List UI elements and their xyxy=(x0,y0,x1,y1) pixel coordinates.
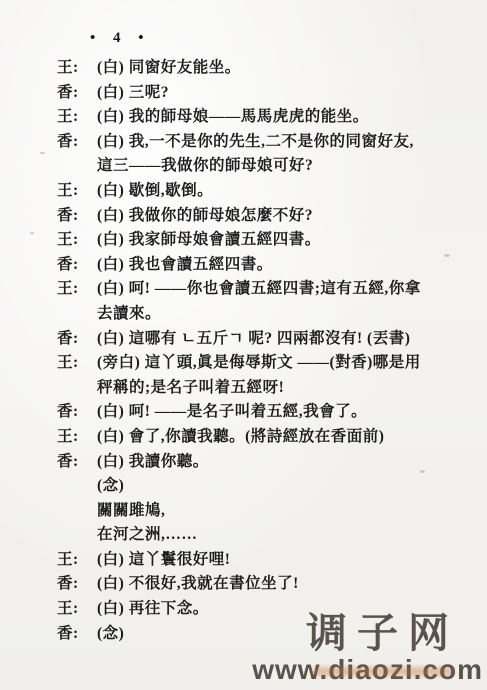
script-line: 這三——我做你的師母娘可好? xyxy=(57,154,475,179)
line-text: 關關雎鳩, xyxy=(97,499,475,524)
script-line: 王:(白) 會了,你讀我聽。(將詩經放在香面前) xyxy=(57,425,475,450)
line-text: (旁白) 這丫頭,眞是侮辱斯文 ——(對香)哪是用 xyxy=(97,351,475,376)
line-text: (白) 這丫鬟很好哩! xyxy=(97,548,475,573)
speaker-label: 香: xyxy=(57,572,97,597)
scan-speck xyxy=(40,152,45,154)
line-text: (白) 我讀你聽。 xyxy=(97,450,475,475)
script-line: (念) xyxy=(57,474,475,499)
scan-speck xyxy=(420,470,425,473)
scan-speck xyxy=(444,254,450,257)
line-text: (白) 我,一不是你的先生,二不是你的同窗好友, xyxy=(97,130,475,155)
script-line: 王:(白) 這丫鬟很好哩! xyxy=(57,548,475,573)
speaker-label: 王: xyxy=(57,425,97,450)
speaker-label: 香: xyxy=(57,81,97,106)
line-text: (白) 不很好,我就在書位坐了! xyxy=(97,572,475,597)
speaker-label: 王: xyxy=(57,277,97,302)
line-text: (白) 呵! ——是名子叫着五經,我會了。 xyxy=(97,400,475,425)
line-text: (白) 會了,你讀我聽。(將詩經放在香面前) xyxy=(97,425,475,450)
script-line: 在河之洲,…… xyxy=(57,523,475,548)
script-line: 王:(白) 我的師母娘——馬馬虎虎的能坐。 xyxy=(57,105,475,130)
line-text: 去讀來。 xyxy=(97,302,475,327)
speaker-label: 香: xyxy=(57,450,97,475)
dialogue-list: 王:(白) 同窗好友能坐。香:(白) 三呢?王:(白) 我的師母娘——馬馬虎虎的… xyxy=(57,56,475,646)
script-line: 香:(白) 我,一不是你的先生,二不是你的同窗好友, xyxy=(57,130,475,155)
speaker-label: 王: xyxy=(57,56,97,81)
line-text: (白) 我家師母娘會讀五經四書。 xyxy=(97,228,475,253)
watermark-site-name: 调子网 xyxy=(252,612,459,655)
script-line: 香:(白) 我也會讀五經四書。 xyxy=(57,253,475,278)
line-text: (白) 我的師母娘——馬馬虎虎的能坐。 xyxy=(97,105,475,130)
line-text: 在河之洲,…… xyxy=(97,523,475,548)
line-text: (白) 同窗好友能坐。 xyxy=(97,56,475,81)
speaker-label: 王: xyxy=(57,228,97,253)
scanned-script-page: • 4 • 王:(白) 同窗好友能坐。香:(白) 三呢?王:(白) 我的師母娘—… xyxy=(0,0,487,690)
script-line: 王:(白) 呵! ——你也會讀五經四書;這有五經,你拿 xyxy=(57,277,475,302)
speaker-label: 王: xyxy=(57,351,97,376)
line-text: 這三——我做你的師母娘可好? xyxy=(97,154,475,179)
speaker-label: 香: xyxy=(57,327,97,352)
scan-speck xyxy=(30,232,34,234)
script-line: 香:(白) 三呢? xyxy=(57,81,475,106)
script-line: 香:(白) 我做你的師母娘怎麼不好? xyxy=(57,204,475,229)
speaker-label: 王: xyxy=(57,105,97,130)
script-line: 王:(白) 我家師母娘會讀五經四書。 xyxy=(57,228,475,253)
speaker-label: 香: xyxy=(57,204,97,229)
script-line: 香:(白) 這哪有 ㄴ五斤ㄱ 呢? 四兩都沒有! (丟書) xyxy=(57,327,475,352)
script-line: 去讀來。 xyxy=(57,302,475,327)
speaker-label: 香: xyxy=(57,130,97,155)
speaker-label: 香: xyxy=(57,622,97,647)
script-line: 關關雎鳩, xyxy=(57,499,475,524)
line-text: (白) 三呢? xyxy=(97,81,475,106)
speaker-label: 香: xyxy=(57,400,97,425)
line-text: 秤稱的;是名子叫着五經呀! xyxy=(97,376,475,401)
page-number: • 4 • xyxy=(90,30,151,47)
line-text: (白) 這哪有 ㄴ五斤ㄱ 呢? 四兩都沒有! (丟書) xyxy=(97,327,475,352)
script-line: 秤稱的;是名子叫着五經呀! xyxy=(57,376,475,401)
script-line: 香:(白) 我讀你聽。 xyxy=(57,450,475,475)
script-line: 王:(旁白) 這丫頭,眞是侮辱斯文 ——(對香)哪是用 xyxy=(57,351,475,376)
script-line: 王:(白) 歇倒,歇倒。 xyxy=(57,179,475,204)
line-text: (白) 呵! ——你也會讀五經四書;這有五經,你拿 xyxy=(97,277,475,302)
line-text: (念) xyxy=(97,474,475,499)
script-line: 香:(白) 不很好,我就在書位坐了! xyxy=(57,572,475,597)
script-line: 王:(白) 同窗好友能坐。 xyxy=(57,56,475,81)
line-text: (白) 我也會讀五經四書。 xyxy=(97,253,475,278)
speaker-label: 王: xyxy=(57,548,97,573)
site-watermark: 调子网 www.diaozi.com xyxy=(252,612,483,684)
script-line: 香:(白) 呵! ——是名子叫着五經,我會了。 xyxy=(57,400,475,425)
speaker-label: 王: xyxy=(57,179,97,204)
line-text: (白) 我做你的師母娘怎麼不好? xyxy=(97,204,475,229)
line-text: (白) 歇倒,歇倒。 xyxy=(97,179,475,204)
speaker-label: 王: xyxy=(57,597,97,622)
watermark-overlap-smudge xyxy=(313,667,453,676)
speaker-label: 香: xyxy=(57,253,97,278)
